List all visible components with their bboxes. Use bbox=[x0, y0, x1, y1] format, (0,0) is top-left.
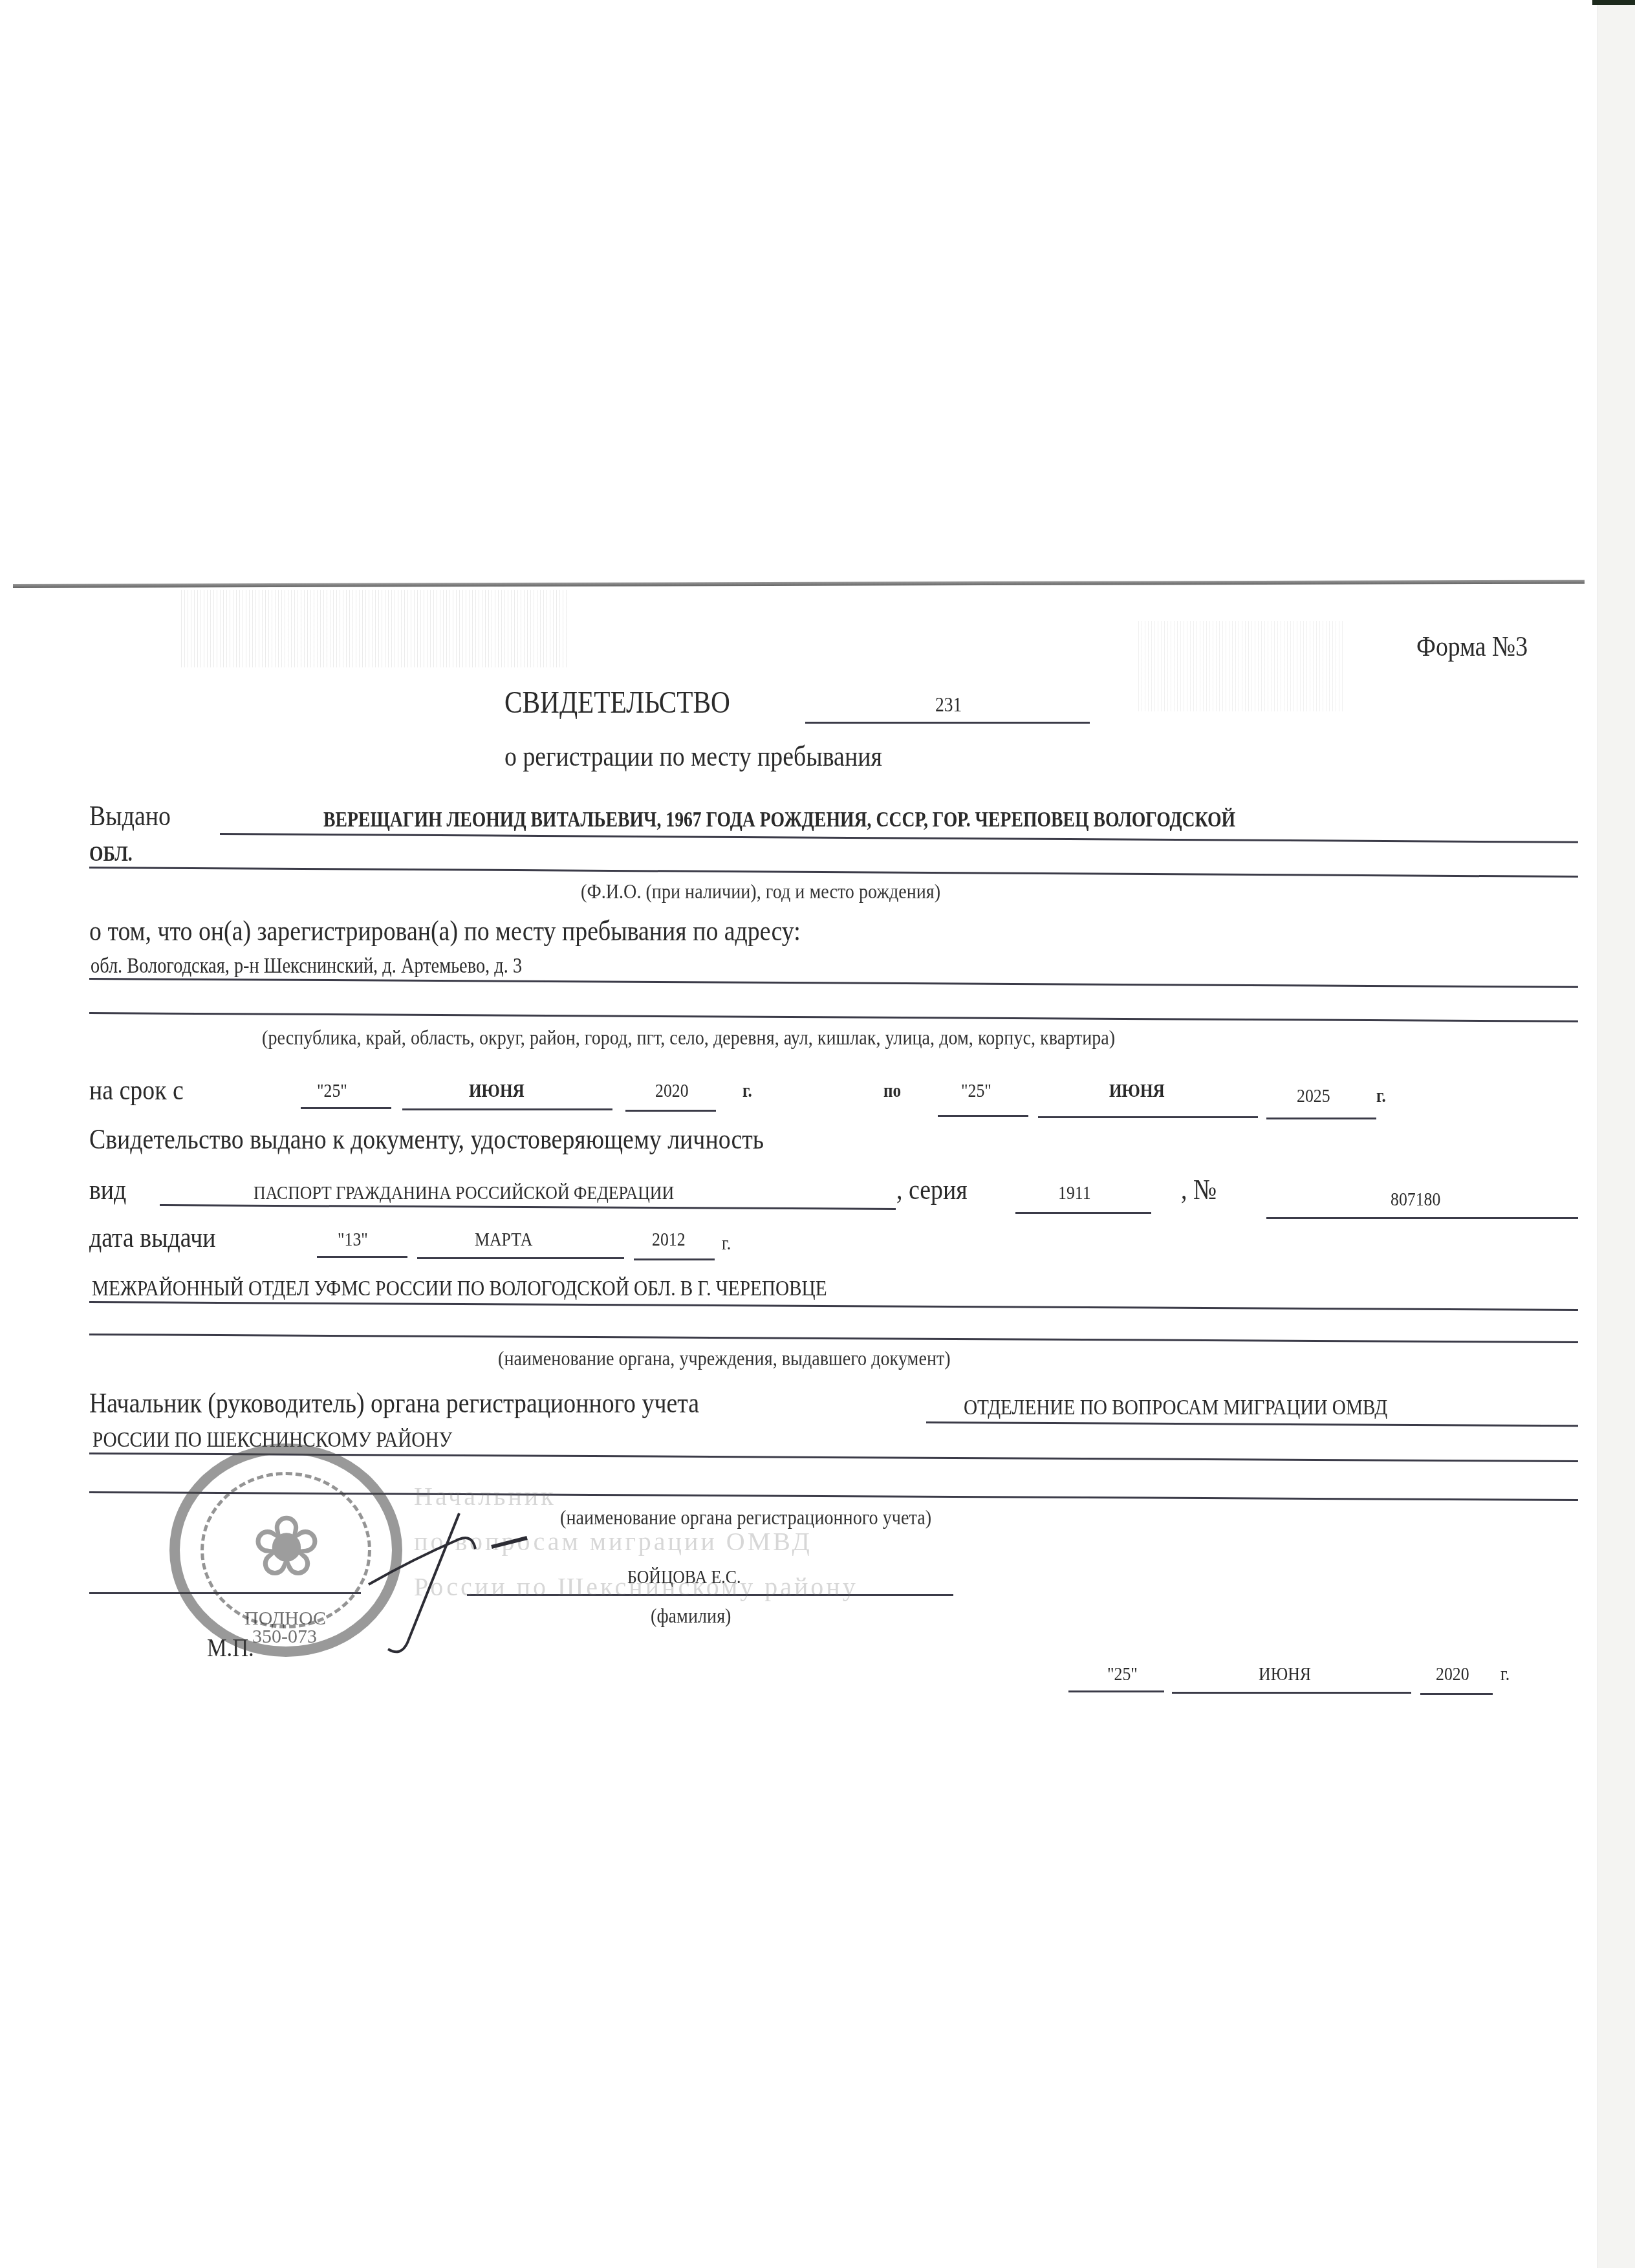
signed-year-suffix: г. bbox=[1500, 1665, 1510, 1684]
issue-year-line bbox=[634, 1258, 715, 1260]
term-to-day: "25" bbox=[961, 1081, 991, 1101]
authority-hint: (наименование органа регистрационного уч… bbox=[560, 1507, 931, 1528]
doc-issuer-line-2 bbox=[89, 1334, 1578, 1343]
address-line-1 bbox=[89, 978, 1578, 988]
doc-number-value: 807180 bbox=[1391, 1190, 1440, 1209]
term-to-year-suffix: г. bbox=[1376, 1086, 1386, 1106]
authority-line-1 bbox=[926, 1421, 1578, 1427]
issued-to-hint: (Ф.И.О. (при наличии), год и место рожде… bbox=[581, 881, 940, 902]
scan-noise bbox=[1138, 621, 1345, 711]
doc-type-line bbox=[160, 1204, 896, 1210]
issued-to-line-2 bbox=[89, 867, 1578, 878]
doc-issuer-value: МЕЖРАЙОННЫЙ ОТДЕЛ УФМС РОССИИ ПО ВОЛОГОД… bbox=[92, 1278, 827, 1300]
address-line-2 bbox=[89, 1012, 1578, 1022]
scan-noise bbox=[181, 590, 569, 667]
signed-month: ИЮНЯ bbox=[1259, 1665, 1311, 1684]
doc-number-line bbox=[1266, 1217, 1578, 1219]
issue-date-label: дата выдачи bbox=[89, 1224, 215, 1252]
issue-day-line bbox=[317, 1256, 407, 1258]
term-to-month: ИЮНЯ bbox=[1109, 1081, 1165, 1101]
doc-series-value: 1911 bbox=[1058, 1183, 1091, 1203]
term-to-label: по bbox=[883, 1081, 901, 1101]
term-label: на срок с bbox=[89, 1076, 184, 1105]
doc-type-label: вид bbox=[89, 1176, 126, 1204]
issued-to-name-cont: ОБЛ. bbox=[89, 844, 133, 865]
doc-series-label: , серия bbox=[896, 1176, 968, 1204]
address-value: обл. Вологодская, р-н Шекснинский, д. Ар… bbox=[91, 956, 522, 977]
document-subtitle: о регистрации по месту пребывания bbox=[504, 742, 882, 771]
seal-code: 350-073 bbox=[252, 1626, 317, 1648]
doc-issuer-line-1 bbox=[89, 1301, 1578, 1311]
authority-label: Начальник (руководитель) органа регистра… bbox=[89, 1389, 699, 1418]
term-from-day-line bbox=[301, 1107, 391, 1109]
term-to-year: 2025 bbox=[1297, 1086, 1330, 1106]
term-from-year: 2020 bbox=[655, 1081, 689, 1101]
signed-year: 2020 bbox=[1436, 1665, 1469, 1684]
issue-month: МАРТА bbox=[475, 1230, 532, 1249]
term-from-day: "25" bbox=[317, 1081, 347, 1101]
term-from-month-line bbox=[402, 1108, 612, 1110]
signatory-hint: (фамилия) bbox=[651, 1605, 731, 1626]
issue-day: "13" bbox=[338, 1230, 368, 1249]
signed-month-line bbox=[1172, 1692, 1411, 1694]
term-to-day-line bbox=[938, 1115, 1028, 1117]
issue-month-line bbox=[417, 1257, 624, 1259]
address-intro: о том, что он(а) зарегистрирован(а) по м… bbox=[89, 917, 801, 945]
authority-value: ОТДЕЛЕНИЕ ПО ВОПРОСАМ МИГРАЦИИ ОМВД bbox=[964, 1397, 1387, 1419]
signed-day: "25" bbox=[1107, 1665, 1138, 1684]
identity-doc-intro: Свидетельство выдано к документу, удосто… bbox=[89, 1125, 764, 1154]
term-to-year-line bbox=[1266, 1118, 1376, 1119]
term-from-month: ИЮНЯ bbox=[469, 1081, 525, 1101]
doc-issuer-hint: (наименование органа, учреждения, выдавш… bbox=[498, 1348, 951, 1368]
term-from-year-suffix: г. bbox=[742, 1081, 752, 1101]
signed-year-line bbox=[1420, 1693, 1493, 1695]
issued-to-name: ВЕРЕЩАГИН ЛЕОНИД ВИТАЛЬЕВИЧ, 1967 ГОДА Р… bbox=[323, 810, 1235, 831]
handwritten-signature bbox=[362, 1487, 569, 1656]
signed-day-line bbox=[1068, 1690, 1164, 1692]
term-from-year-line bbox=[625, 1110, 716, 1112]
doc-number-label: , № bbox=[1181, 1176, 1217, 1204]
issued-to-line-1 bbox=[220, 833, 1578, 843]
doc-series-line bbox=[1015, 1212, 1151, 1214]
issued-to-label: Выдано bbox=[89, 802, 171, 830]
certificate-number: 231 bbox=[935, 694, 962, 715]
form-number: Форма №3 bbox=[1416, 632, 1528, 661]
issue-year: 2012 bbox=[652, 1230, 686, 1249]
address-hint: (республика, край, область, округ, район… bbox=[262, 1027, 1115, 1048]
scan-corner-mark bbox=[1592, 0, 1635, 5]
issue-year-suffix: г. bbox=[722, 1234, 731, 1253]
document-title: СВИДЕТЕЛЬСТВО bbox=[504, 687, 730, 718]
scan-paper-edge bbox=[13, 580, 1585, 588]
coat-of-arms-icon: ❀ bbox=[232, 1493, 341, 1603]
doc-type-value: ПАСПОРТ ГРАЖДАНИНА РОССИЙСКОЙ ФЕДЕРАЦИИ bbox=[254, 1183, 674, 1203]
scan-right-edge bbox=[1597, 0, 1635, 2268]
certificate-number-line bbox=[805, 722, 1090, 724]
term-to-month-line bbox=[1038, 1116, 1258, 1118]
